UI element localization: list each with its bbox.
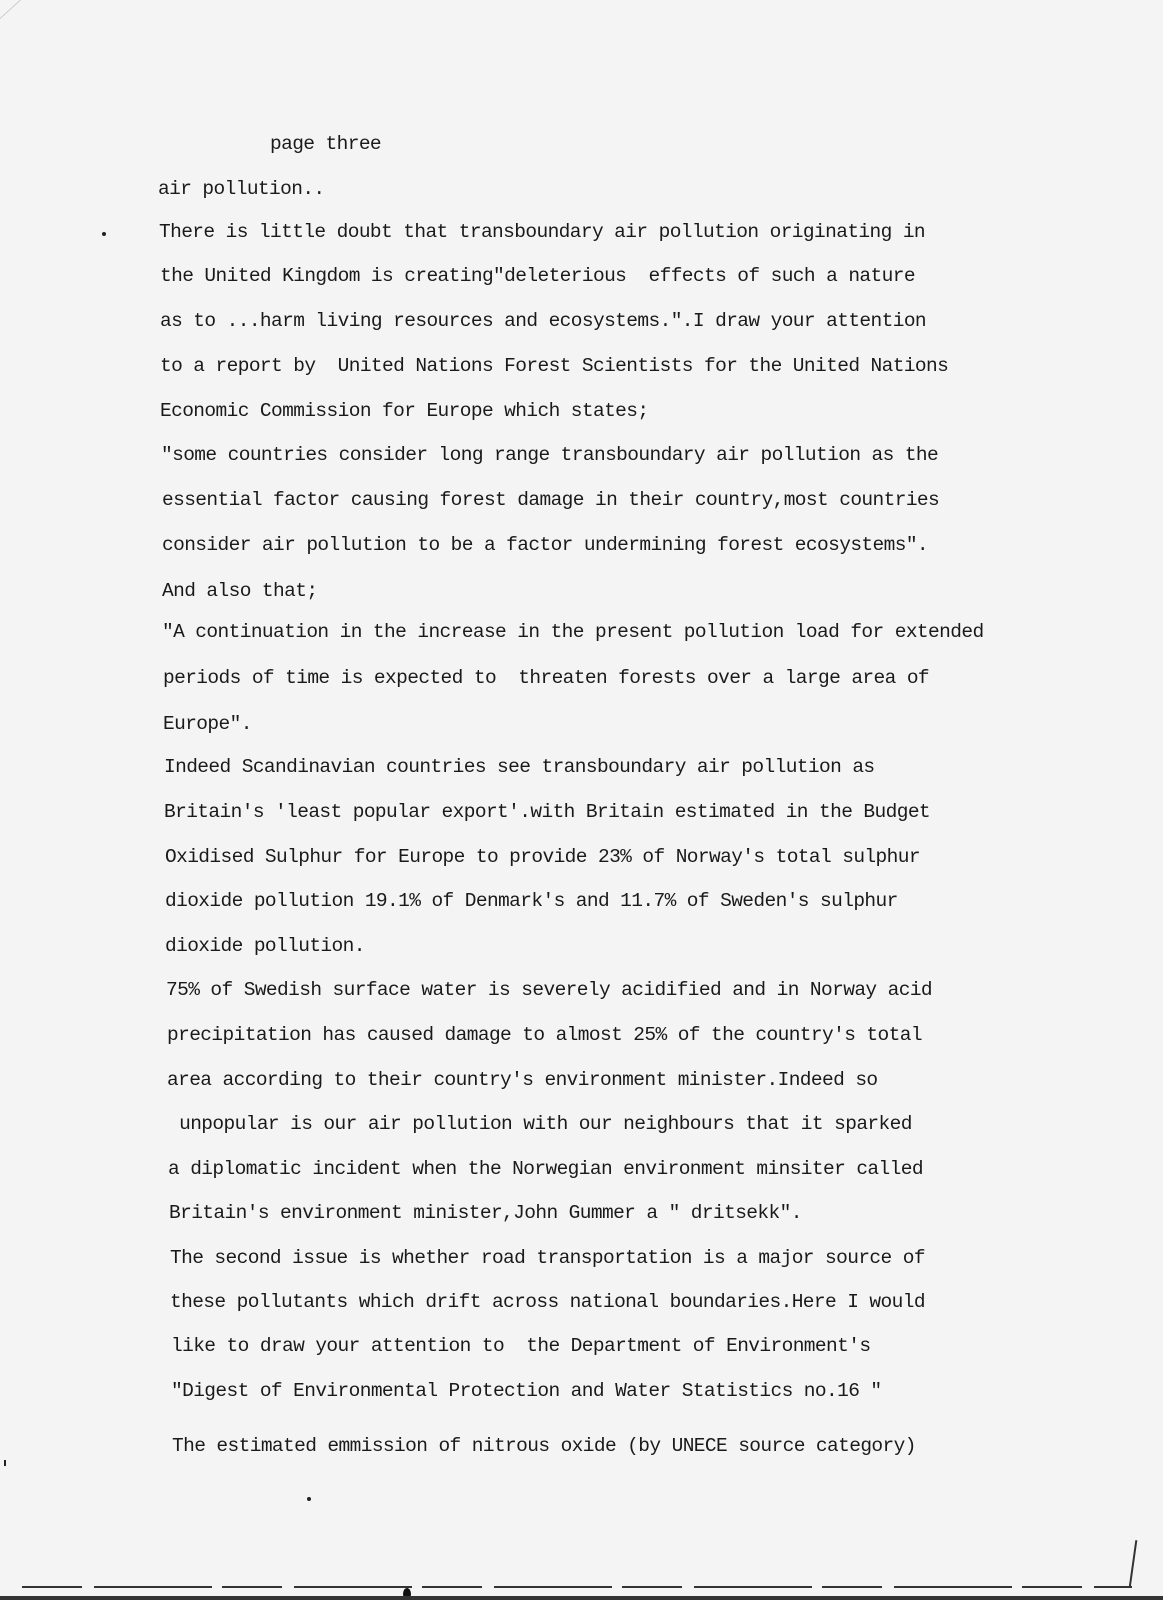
- text-line: "Digest of Environmental Protection and …: [171, 1379, 882, 1403]
- text-line: Economic Commission for Europe which sta…: [160, 399, 648, 423]
- text-line: There is little doubt that transboundary…: [159, 220, 925, 244]
- text-line: dioxide pollution 19.1% of Denmark's and…: [165, 889, 898, 913]
- bullet-dot: [102, 232, 106, 236]
- speck: [4, 1460, 6, 1466]
- section-heading: air pollution..: [158, 177, 325, 201]
- scanned-document-page: page three air pollution.. There is litt…: [0, 0, 1163, 1600]
- text-line: The second issue is whether road transpo…: [170, 1246, 925, 1270]
- text-line: like to draw your attention to the Depar…: [171, 1334, 870, 1358]
- text-line: these pollutants which drift across nati…: [170, 1290, 925, 1314]
- quote-line: consider air pollution to be a factor un…: [162, 533, 928, 557]
- text-line: Oxidised Sulphur for Europe to provide 2…: [165, 845, 920, 869]
- text-line: area according to their country's enviro…: [167, 1068, 878, 1092]
- corner-stroke: [1129, 1540, 1138, 1588]
- text-line: precipitation has caused damage to almos…: [167, 1023, 922, 1047]
- text-line: to a report by United Nations Forest Sci…: [160, 354, 948, 378]
- text-line: unpopular is our air pollution with our …: [168, 1112, 912, 1136]
- quote-line: essential factor causing forest damage i…: [162, 488, 939, 512]
- quote-line: "A continuation in the increase in the p…: [162, 620, 984, 644]
- text-line: the United Kingdom is creating"deleterio…: [160, 264, 915, 288]
- quote-line: "some countries consider long range tran…: [161, 443, 938, 467]
- text-line: And also that;: [162, 579, 317, 603]
- quote-line: periods of time is expected to threaten …: [163, 666, 929, 690]
- page-label: page three: [270, 132, 381, 156]
- text-line: dioxide pollution.: [165, 934, 365, 958]
- speck: [307, 1497, 311, 1501]
- page-edge: [0, 1596, 1163, 1600]
- text-line: Indeed Scandinavian countries see transb…: [164, 755, 875, 779]
- page-corner-mark: [0, 0, 71, 45]
- text-line: 75% of Swedish surface water is severely…: [166, 978, 932, 1002]
- text-line: Britain's environment minister,John Gumm…: [169, 1201, 802, 1225]
- text-line: Britain's 'least popular export'.with Br…: [164, 800, 930, 824]
- text-line: as to ...harm living resources and ecosy…: [160, 309, 926, 333]
- quote-line: Europe".: [163, 712, 252, 736]
- text-line: a diplomatic incident when the Norwegian…: [168, 1157, 923, 1181]
- bottom-rule: [22, 1586, 1132, 1588]
- text-line: The estimated emmission of nitrous oxide…: [172, 1434, 916, 1458]
